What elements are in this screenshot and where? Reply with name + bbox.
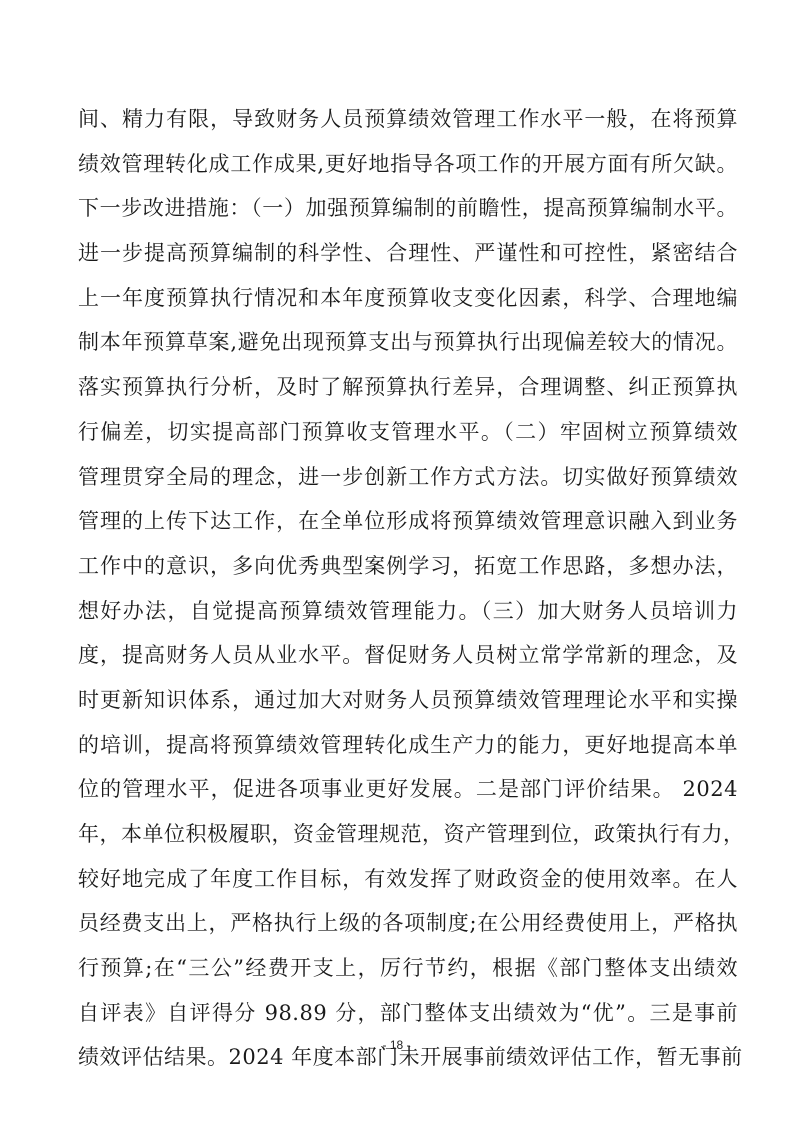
body-paragraph: 间、精力有限，导致财务人员预算绩效管理工作水平一般，在将预算 绩效管理转化成工作…	[78, 102, 738, 1085]
page-number: - 18 -	[0, 1038, 793, 1052]
text-line-15: 的培训，提高将预算绩效管理转化成生产力的能力，更好地提高本单	[78, 728, 738, 773]
text-line-13: 度，提高财务人员从业水平。督促财务人员树立常学常新的理念，及	[78, 638, 738, 683]
text-line-3: 下一步改进措施：（一）加强预算编制的前瞻性，提高预算编制水平。	[78, 191, 738, 236]
text-line-12: 想好办法，自觉提高预算绩效管理能力。（三）加大财务人员培训力	[78, 594, 738, 639]
text-line-20: 行预算;在“三公”经费开支上，厉行节约，根据《部门整体支出绩效	[78, 951, 738, 996]
text-line-14: 时更新知识体系，通过加大对财务人员预算绩效管理理论水平和实操	[78, 683, 738, 728]
text-line-16: 位的管理水平，促进各项事业更好发展。二是部门评价结果。 2024	[78, 772, 738, 817]
text-line-7: 落实预算执行分析，及时了解预算执行差异，合理调整、纠正预算执	[78, 370, 738, 415]
text-line-19: 员经费支出上，严格执行上级的各项制度;在公用经费使用上，严格执	[78, 906, 738, 951]
text-line-21: 自评表》自评得分 98.89 分，部门整体支出绩效为“优”。三是事前	[78, 996, 738, 1041]
text-line-11: 工作中的意识，多向优秀典型案例学习，拓宽工作思路，多想办法，	[78, 549, 738, 594]
text-line-10: 管理的上传下达工作，在全单位形成将预算绩效管理意识融入到业务	[78, 504, 738, 549]
text-line-6: 制本年预算草案,避免出现预算支出与预算执行出现偏差较大的情况。	[78, 325, 738, 370]
text-line-1: 间、精力有限，导致财务人员预算绩效管理工作水平一般，在将预算	[78, 102, 738, 147]
text-line-18: 较好地完成了年度工作目标，有效发挥了财政资金的使用效率。在人	[78, 862, 738, 907]
text-line-17: 年，本单位积极履职，资金管理规范，资产管理到位，政策执行有力，	[78, 817, 738, 862]
text-line-5: 上一年度预算执行情况和本年度预算收支变化因素，科学、合理地编	[78, 281, 738, 326]
document-page: 间、精力有限，导致财务人员预算绩效管理工作水平一般，在将预算 绩效管理转化成工作…	[0, 0, 793, 1122]
text-line-9: 管理贯穿全局的理念，进一步创新工作方式方法。切实做好预算绩效	[78, 460, 738, 505]
text-line-2: 绩效管理转化成工作成果,更好地指导各项工作的开展方面有所欠缺。	[78, 147, 738, 192]
text-line-4: 进一步提高预算编制的科学性、合理性、严谨性和可控性，紧密结合	[78, 236, 738, 281]
text-line-8: 行偏差，切实提高部门预算收支管理水平。（二）牢固树立预算绩效	[78, 415, 738, 460]
